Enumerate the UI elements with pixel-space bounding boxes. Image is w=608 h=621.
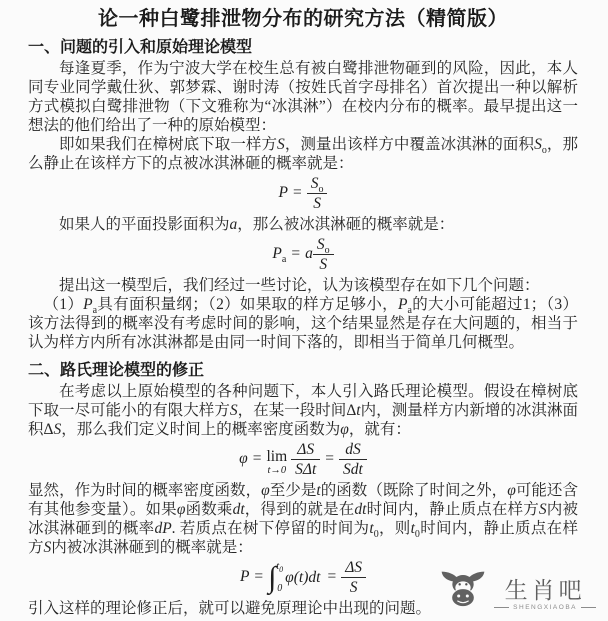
fraction: ΔSS <box>341 559 366 596</box>
fraction-denominator: S <box>341 578 366 596</box>
fraction-denominator: Sdt <box>339 460 367 478</box>
equals-sign: = <box>320 450 339 467</box>
equals-sign: = <box>249 568 268 585</box>
section2-paragraph-2: 显然，作为时间的概率密度函数，φ至少是t的函数（既除了时间之外，φ可能还含有其他… <box>28 481 578 557</box>
formula-lhs: P <box>279 184 288 201</box>
fraction-denominator: SΔt <box>291 460 320 478</box>
integral: ∫t00φ(t)dt <box>268 562 322 594</box>
dash-left <box>494 607 509 608</box>
integral-sign: ∫ <box>268 563 276 593</box>
ox-logo-icon <box>439 570 487 617</box>
fraction: ΔSSΔt <box>291 441 320 478</box>
formula-lhs: φ <box>239 450 248 467</box>
fraction-numerator: So <box>307 175 328 194</box>
equals-sign: = <box>248 450 267 467</box>
fraction-numerator: ΔS <box>341 559 366 578</box>
integral-lower-limit: 0 <box>276 584 283 594</box>
fraction-denominator: S <box>313 255 334 273</box>
watermark: 生肖吧 SHENGXIAOBA <box>439 570 596 617</box>
equals-sign: = <box>286 245 305 262</box>
fraction: SoS <box>307 175 328 212</box>
fraction-numerator: ΔS <box>291 441 320 460</box>
formula-lhs: P <box>272 245 281 262</box>
section1-heading: 一、问题的引入和原始理论模型 <box>28 37 578 58</box>
section2-paragraph-1: 在考虑以上原始模型的各种问题下，本人引入路氏理论模型。假设在樟树底下取一尽可能小… <box>28 382 578 439</box>
section2-heading: 二、路氏理论模型的修正 <box>28 360 578 381</box>
fraction: SoS <box>313 236 334 273</box>
dash-right <box>581 607 596 608</box>
section1-paragraph-3: 如果人的平面投影面积为a，那么被冰淇淋砸的概率就是： <box>28 215 578 234</box>
watermark-brand: 生肖吧 <box>505 577 586 603</box>
section1-paragraph-1: 每逢夏季，作为宁波大学在校生总有被白鹭排泄物砸到的风险，因此，本人同专业同学戴仕… <box>28 59 578 135</box>
equals-sign: = <box>288 184 307 201</box>
section1-paragraph-5: （1）Pa具有面积量纲；（2）如果取的样方足够小，Pa的大小可能超过1；（3）该… <box>28 295 578 352</box>
formula-personal-probability: Pa=aSoS <box>28 236 578 273</box>
equals-sign: = <box>322 568 341 585</box>
watermark-latin: SHENGXIAOBA <box>513 604 577 611</box>
fraction: dSSdt <box>339 441 367 478</box>
section1-paragraph-4: 提出这一模型后，我们经过一些讨论，认为该模型存在如下几个问题： <box>28 276 578 295</box>
formula-original-probability: P=SoS <box>28 175 578 212</box>
integral-upper-limit: t0 <box>276 562 283 572</box>
section1-paragraph-2: 即如果我们在樟树底下取一样方S，测量出该样方中覆盖冰淇淋的面积So，那么静止在该… <box>28 135 578 173</box>
document-page: 论一种白鹭排泄物分布的研究方法（精简版） 一、问题的引入和原始理论模型 每逢夏季… <box>0 0 608 621</box>
formula-lhs: P <box>240 568 249 585</box>
integral-limits: t00 <box>276 562 283 594</box>
page-title: 论一种白鹭排泄物分布的研究方法（精简版） <box>28 5 578 33</box>
fraction-denominator: S <box>307 194 328 212</box>
fraction-numerator: dS <box>339 441 367 460</box>
integrand: φ(t)dt <box>285 569 320 587</box>
formula-density-function: φ=limt→0ΔSSΔt=dSSdt <box>28 441 578 478</box>
fraction-numerator: So <box>313 236 334 255</box>
watermark-text: 生肖吧 SHENGXIAOBA <box>494 577 596 611</box>
watermark-subtitle: SHENGXIAOBA <box>494 604 596 611</box>
coefficient: a <box>305 245 313 262</box>
limit-operator: limt→0 <box>266 450 287 478</box>
